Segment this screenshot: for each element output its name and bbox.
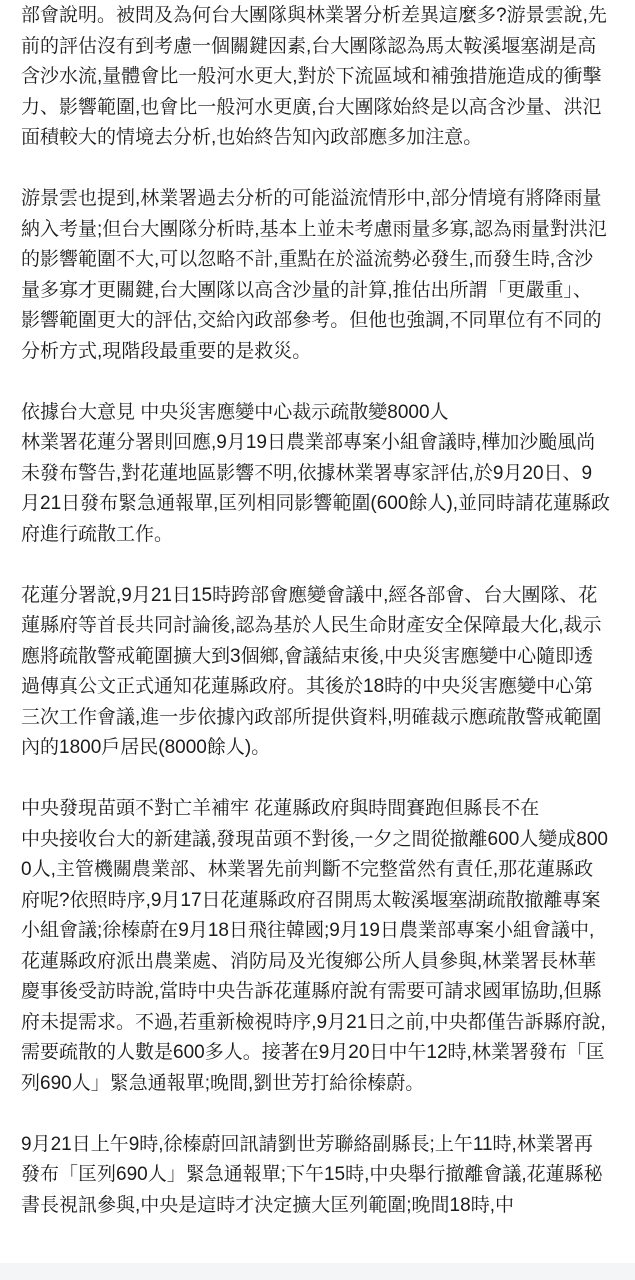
article-page: 部會說明。被問及為何台大團隊與林業署分析差異這麼多?游景雲說,先前的評估沒有到考… <box>0 0 635 1280</box>
section-heading: 依據台大意見 中央災害應變中心裁示疏散變8000人 <box>21 398 611 429</box>
paragraph-text: 林業署花蓮分署則回應,9月19日農業部專案小組會議時,樺加沙颱風尚未發布警告,對… <box>21 432 610 545</box>
paragraph: 游景雲也提到,林業署過去分析的可能溢流情形中,部分情境有將降雨量納入考量;但台大… <box>21 184 611 367</box>
paragraph-text: 9月21日上午9時,徐榛蔚回訊請劉世芳聯絡副縣長;上午11時,林業署再發布「匡列… <box>21 1134 603 1216</box>
article-body: 部會說明。被問及為何台大團隊與林業署分析差異這麼多?游景雲說,先前的評估沒有到考… <box>21 1 611 1252</box>
paragraph-text: 部會說明。被問及為何台大團隊與林業署分析差異這麼多?游景雲說,先前的評估沒有到考… <box>21 5 607 148</box>
paragraph: 花蓮分署說,9月21日15時跨部會應變會議中,經各部會、台大團隊、花蓮縣府等首長… <box>21 581 611 764</box>
paragraph: 部會說明。被問及為何台大團隊與林業署分析差異這麼多?游景雲說,先前的評估沒有到考… <box>21 1 611 154</box>
bottom-bar <box>0 1263 635 1280</box>
paragraph: 依據台大意見 中央災害應變中心裁示疏散變8000人 林業署花蓮分署則回應,9月1… <box>21 398 611 551</box>
paragraph-text: 游景雲也提到,林業署過去分析的可能溢流情形中,部分情境有將降雨量納入考量;但台大… <box>21 188 607 362</box>
section-heading: 中央發現苗頭不對亡羊補牢 花蓮縣政府與時間賽跑但縣長不在 <box>21 794 611 825</box>
paragraph-text: 花蓮分署說,9月21日15時跨部會應變會議中,經各部會、台大團隊、花蓮縣府等首長… <box>21 585 602 759</box>
paragraph: 中央發現苗頭不對亡羊補牢 花蓮縣政府與時間賽跑但縣長不在 中央接收台大的新建議,… <box>21 794 611 1099</box>
paragraph: 9月21日上午9時,徐榛蔚回訊請劉世芳聯絡副縣長;上午11時,林業署再發布「匡列… <box>21 1130 611 1222</box>
paragraph-text: 中央接收台大的新建議,發現苗頭不對後,一夕之間從撤離600人變成8000人,主管… <box>21 829 608 1094</box>
